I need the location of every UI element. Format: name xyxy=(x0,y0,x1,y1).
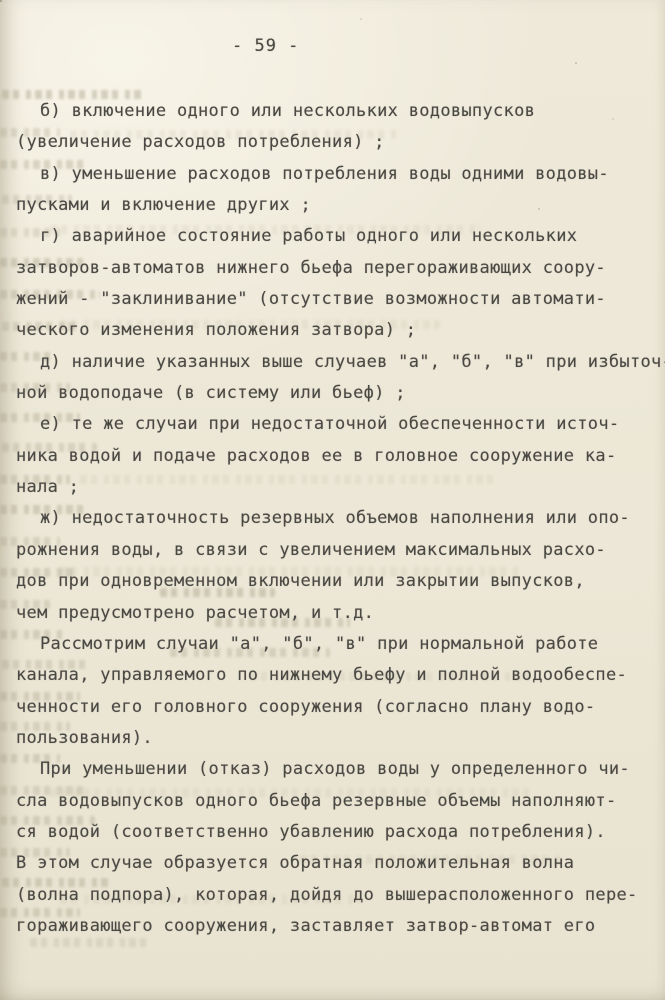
text-line: ника водой и подаче расходов ее в головн… xyxy=(16,441,650,472)
text-line: е) те же случаи при недостаточной обеспе… xyxy=(16,409,650,440)
text-line: (волна подпора), которая, дойдя до вышер… xyxy=(16,880,650,911)
text-line: сла водовыпусков одного бьефа резервные … xyxy=(16,786,650,817)
text-line: При уменьшении (отказ) расходов воды у о… xyxy=(16,754,650,785)
body-text: б) включение одного или нескольких водов… xyxy=(16,96,650,942)
text-line: рожнения воды, в связи с увеличением мак… xyxy=(16,535,650,566)
text-line: пользования). xyxy=(16,723,650,754)
text-line: ж) недостаточность резервных объемов нап… xyxy=(16,503,650,534)
text-line: г) аварийное состояние работы одного или… xyxy=(16,221,650,252)
text-line: ся водой (соответственно убавлению расхо… xyxy=(16,817,650,848)
text-line: гораживающего сооружения, заставляет зат… xyxy=(16,911,650,942)
text-line: (увеличение расходов потребления) ; xyxy=(16,127,650,158)
paper-specks xyxy=(0,0,2,2)
text-line: в) уменьшение расходов потребления воды … xyxy=(16,159,650,190)
text-line: д) наличие указанных выше случаев "а", "… xyxy=(16,347,650,378)
text-line: ной водоподаче (в систему или бьеф) ; xyxy=(16,378,650,409)
text-line: дов при одновременном включении или закр… xyxy=(16,566,650,597)
text-line: б) включение одного или нескольких водов… xyxy=(16,96,650,127)
text-line: В этом случае образуется обратная положи… xyxy=(16,848,650,879)
text-line: канала, управляемого по нижнему бьефу и … xyxy=(16,660,650,691)
text-line: чем предусмотрено расчетом, и т.д. xyxy=(16,598,650,629)
text-line: пусками и включение других ; xyxy=(16,190,650,221)
text-line: жений - "заклинивание" (отсутствие возмо… xyxy=(16,284,650,315)
text-line: Рассмотрим случаи "а", "б", "в" при норм… xyxy=(16,629,650,660)
page-number: - 59 - xyxy=(232,36,299,56)
text-line: затворов-автоматов нижнего бьефа перегор… xyxy=(16,253,650,284)
text-line: ченности его головного сооружения (согла… xyxy=(16,692,650,723)
text-line: нала ; xyxy=(16,472,650,503)
text-line: ческого изменения положения затвора) ; xyxy=(16,315,650,346)
scanned-page: - 59 - б) включение одного или нескольки… xyxy=(0,0,665,1000)
